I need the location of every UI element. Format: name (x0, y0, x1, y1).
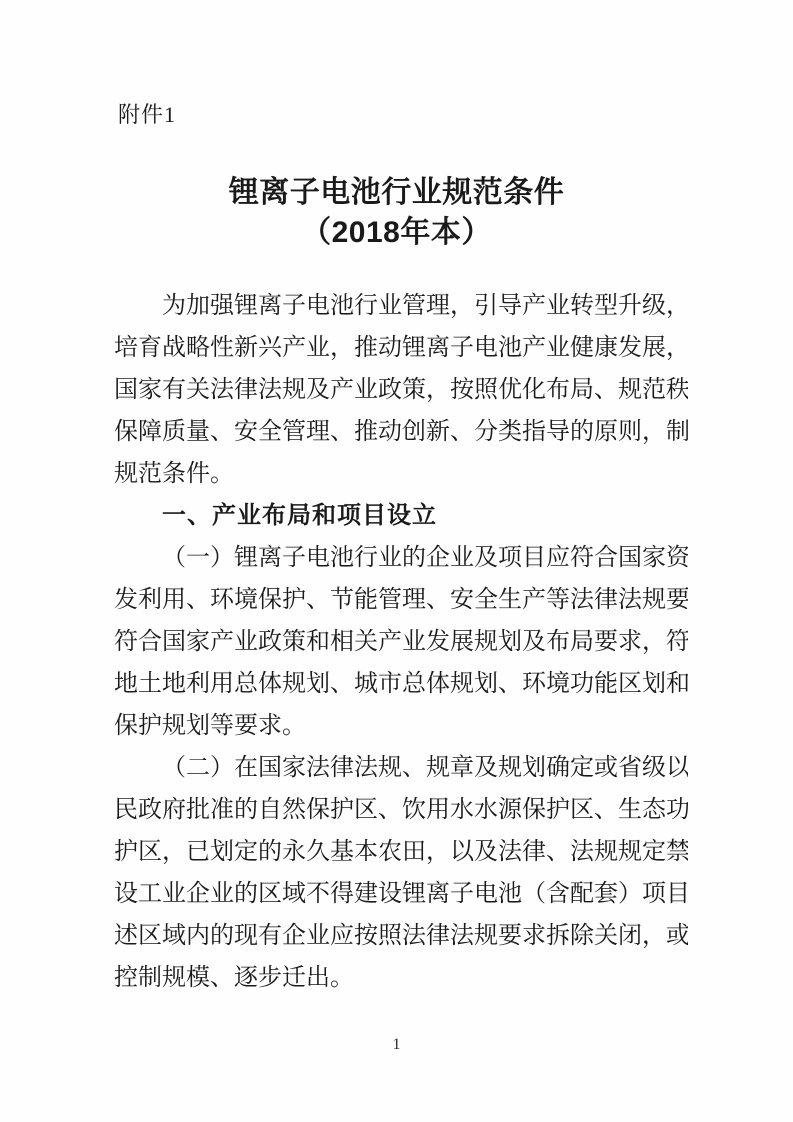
document-body: 为加强锂离子电池行业管理，引导产业转型升级，大力 培育战略性新兴产业，推动锂离子… (114, 285, 688, 999)
text-line: 保障质量、安全管理、推动创新、分类指导的原则，制定本 (114, 411, 688, 453)
section-heading-text: 一、产业布局和项目设立 (114, 495, 688, 537)
text-line: 发利用、环境保护、节能管理、安全生产等法律法规要求， (114, 579, 688, 621)
attachment-label: 附件1 (118, 102, 176, 128)
text-line: 培育战略性新兴产业，推动锂离子电池产业健康发展，根据 (114, 327, 688, 369)
document-title-line1: 锂离子电池行业规范条件 (0, 173, 793, 213)
text-line: 规范条件。 (114, 453, 688, 495)
text-line: （二）在国家法律法规、规章及规划确定或省级以上人 (114, 747, 688, 789)
text-line: 民政府批准的自然保护区、饮用水水源保护区、生态功能保 (114, 789, 688, 831)
document-page: 附件1 锂离子电池行业规范条件 （2018年本） 为加强锂离子电池行业管理，引导… (0, 0, 793, 1122)
text-line: 护区，已划定的永久基本农田，以及法律、法规规定禁止建 (114, 831, 688, 873)
text-line: 符合国家产业政策和相关产业发展规划及布局要求，符合当 (114, 621, 688, 663)
intro-paragraph: 为加强锂离子电池行业管理，引导产业转型升级，大力 培育战略性新兴产业，推动锂离子… (114, 285, 688, 495)
document-title: 锂离子电池行业规范条件 （2018年本） (0, 173, 793, 253)
text-line: 地土地利用总体规划、城市总体规划、环境功能区划和环境 (114, 663, 688, 705)
document-title-line2: （2018年本） (0, 213, 793, 253)
item-1-paragraph: （一）锂离子电池行业的企业及项目应符合国家资源开 发利用、环境保护、节能管理、安… (114, 537, 688, 747)
section-heading-1: 一、产业布局和项目设立 (114, 495, 688, 537)
text-line: 述区域内的现有企业应按照法律法规要求拆除关闭，或严格 (114, 915, 688, 957)
text-line: 国家有关法律法规及产业政策，按照优化布局、规范秩序、 (114, 369, 688, 411)
page-number: 1 (0, 1036, 793, 1054)
item-2-paragraph: （二）在国家法律法规、规章及规划确定或省级以上人 民政府批准的自然保护区、饮用水… (114, 747, 688, 999)
text-line: 设工业企业的区域不得建设锂离子电池（含配套）项目。上 (114, 873, 688, 915)
text-line: 控制规模、逐步迁出。 (114, 957, 688, 999)
text-line: 为加强锂离子电池行业管理，引导产业转型升级，大力 (114, 285, 688, 327)
text-line: 保护规划等要求。 (114, 705, 688, 747)
text-line: （一）锂离子电池行业的企业及项目应符合国家资源开 (114, 537, 688, 579)
